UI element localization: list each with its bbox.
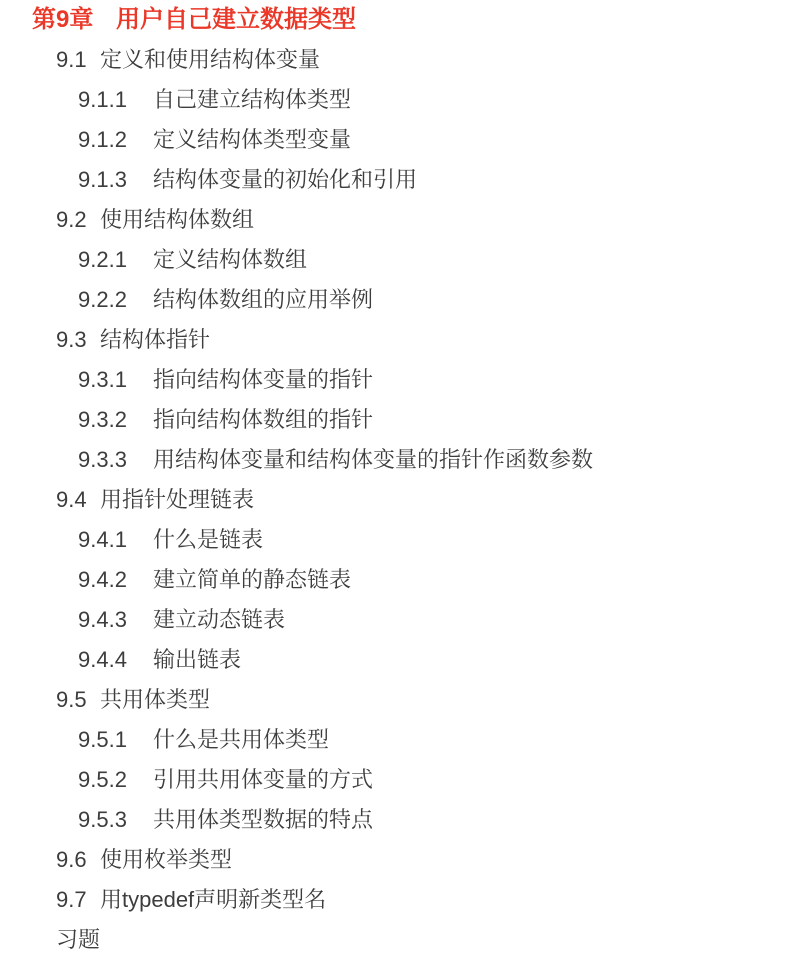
toc-item-title: 引用共用体变量的方式 xyxy=(153,767,373,792)
toc-item-number: 9.1.2 xyxy=(78,120,153,160)
toc-item-title: 定义结构体类型变量 xyxy=(153,127,351,152)
chapter-heading[interactable]: 第9章用户自己建立数据类型 xyxy=(0,0,790,40)
toc-item-title: 建立动态链表 xyxy=(153,607,285,632)
toc-item-number: 9.1 xyxy=(56,40,100,80)
toc-item[interactable]: 9.2使用结构体数组 xyxy=(0,200,790,240)
toc-item-number: 9.5.1 xyxy=(78,720,153,760)
toc-item-title: 结构体变量的初始化和引用 xyxy=(153,167,417,192)
toc-item[interactable]: 9.3结构体指针 xyxy=(0,320,790,360)
toc-item[interactable]: 9.1.2定义结构体类型变量 xyxy=(0,120,790,160)
toc-item-title: 使用枚举类型 xyxy=(100,847,232,872)
toc-item-title: 用typedef声明新类型名 xyxy=(100,887,326,912)
toc-item-title: 定义和使用结构体变量 xyxy=(100,47,320,72)
toc-item[interactable]: 9.7用typedef声明新类型名 xyxy=(0,880,790,920)
toc-item-number: 9.4.4 xyxy=(78,640,153,680)
toc-item-title: 什么是共用体类型 xyxy=(153,727,329,752)
toc-item-number: 9.3.1 xyxy=(78,360,153,400)
toc-item-number: 9.5.2 xyxy=(78,760,153,800)
toc-item-title: 什么是链表 xyxy=(153,527,263,552)
toc-item-number: 9.5.3 xyxy=(78,800,153,840)
toc-item-title: 输出链表 xyxy=(153,647,241,672)
toc-item[interactable]: 9.1定义和使用结构体变量 xyxy=(0,40,790,80)
toc-item[interactable]: 9.4.1什么是链表 xyxy=(0,520,790,560)
toc-item-title: 共用体类型 xyxy=(100,687,210,712)
toc-item[interactable]: 9.2.2结构体数组的应用举例 xyxy=(0,280,790,320)
toc-list: 9.1定义和使用结构体变量 9.1.1自己建立结构体类型 9.1.2定义结构体类… xyxy=(0,40,790,960)
toc-item[interactable]: 9.3.2指向结构体数组的指针 xyxy=(0,400,790,440)
toc-item[interactable]: 9.5.2引用共用体变量的方式 xyxy=(0,760,790,800)
toc-item[interactable]: 9.4.2建立简单的静态链表 xyxy=(0,560,790,600)
toc-item-title: 指向结构体变量的指针 xyxy=(153,367,373,392)
toc-item-number: 9.5 xyxy=(56,680,100,720)
toc-item-title: 习题 xyxy=(56,927,100,952)
toc-item-number: 9.6 xyxy=(56,840,100,880)
toc-item-title: 使用结构体数组 xyxy=(100,207,254,232)
toc-item[interactable]: 9.5.1什么是共用体类型 xyxy=(0,720,790,760)
toc-page: 第9章用户自己建立数据类型 9.1定义和使用结构体变量 9.1.1自己建立结构体… xyxy=(0,0,790,960)
toc-item-number: 9.3.2 xyxy=(78,400,153,440)
toc-item-title: 结构体数组的应用举例 xyxy=(153,287,373,312)
toc-item-number: 9.4 xyxy=(56,480,100,520)
toc-item-title: 建立简单的静态链表 xyxy=(153,567,351,592)
toc-item-number: 9.2.2 xyxy=(78,280,153,320)
toc-item-title: 指向结构体数组的指针 xyxy=(153,407,373,432)
toc-item[interactable]: 9.2.1定义结构体数组 xyxy=(0,240,790,280)
toc-item-title: 定义结构体数组 xyxy=(153,247,307,272)
toc-item-number: 9.4.3 xyxy=(78,600,153,640)
toc-item[interactable]: 9.3.1指向结构体变量的指针 xyxy=(0,360,790,400)
toc-item-number: 9.2 xyxy=(56,200,100,240)
chapter-title: 用户自己建立数据类型 xyxy=(116,6,356,33)
toc-item-number: 9.3 xyxy=(56,320,100,360)
chapter-number: 第9章 xyxy=(32,0,116,40)
toc-item-number: 9.2.1 xyxy=(78,240,153,280)
toc-item[interactable]: 9.5共用体类型 xyxy=(0,680,790,720)
toc-item-number: 9.4.1 xyxy=(78,520,153,560)
toc-item[interactable]: 9.5.3共用体类型数据的特点 xyxy=(0,800,790,840)
toc-item-number: 9.7 xyxy=(56,880,100,920)
toc-item-title: 结构体指针 xyxy=(100,327,210,352)
toc-item[interactable]: 9.6使用枚举类型 xyxy=(0,840,790,880)
toc-item[interactable]: 9.4用指针处理链表 xyxy=(0,480,790,520)
toc-item[interactable]: 9.1.3结构体变量的初始化和引用 xyxy=(0,160,790,200)
toc-item-number: 9.1.3 xyxy=(78,160,153,200)
toc-item[interactable]: 习题 xyxy=(0,920,790,960)
toc-item-title: 共用体类型数据的特点 xyxy=(153,807,373,832)
toc-item-number: 9.3.3 xyxy=(78,440,153,480)
toc-item-number: 9.4.2 xyxy=(78,560,153,600)
toc-item[interactable]: 9.3.3用结构体变量和结构体变量的指针作函数参数 xyxy=(0,440,790,480)
toc-item-number: 9.1.1 xyxy=(78,80,153,120)
toc-item[interactable]: 9.1.1自己建立结构体类型 xyxy=(0,80,790,120)
toc-item[interactable]: 9.4.4输出链表 xyxy=(0,640,790,680)
toc-item-title: 用结构体变量和结构体变量的指针作函数参数 xyxy=(153,447,593,472)
toc-item-title: 自己建立结构体类型 xyxy=(153,87,351,112)
toc-item-title: 用指针处理链表 xyxy=(100,487,254,512)
toc-item[interactable]: 9.4.3建立动态链表 xyxy=(0,600,790,640)
